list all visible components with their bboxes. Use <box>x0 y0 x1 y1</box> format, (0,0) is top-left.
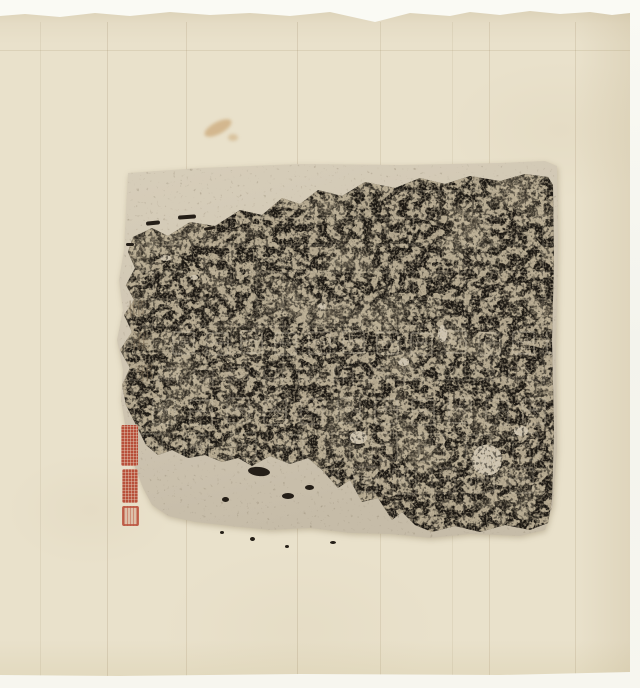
rubbing-glyph: 邑 <box>308 331 331 355</box>
torn-hole <box>160 255 171 261</box>
rubbing-glyph: 知 <box>509 467 534 494</box>
torn-hole <box>438 325 447 342</box>
fold-crease <box>40 22 41 686</box>
rubbing-glyph: 子 <box>438 366 459 387</box>
ink-speck <box>285 545 289 548</box>
paper-stain <box>228 134 238 141</box>
rubbing-glyph: 未 <box>411 399 435 426</box>
ink-speck <box>282 493 294 499</box>
stone-rubbing-fragment: 邑邑邑邑邑邑邑邑邑邑邑邑子子子子子子子子子子子子未木未木未木木未木朱未迊朱聰頴寫… <box>100 155 565 560</box>
rubbing-glyph-row: 未木未木未木木未木朱未迊 <box>152 398 596 425</box>
collector-seal <box>122 506 139 526</box>
rubbing-glyph: 邑 <box>240 330 263 354</box>
rubbing-glyph: 邑 <box>342 330 365 354</box>
rubbing-glyph: 子 <box>403 368 424 389</box>
rubbing-glyph: 邑 <box>206 332 229 356</box>
torn-hole <box>318 303 326 310</box>
ink-speck <box>305 485 314 490</box>
rubbing-glyph: 方 <box>512 432 540 461</box>
rubbing-glyph: 寫 <box>277 434 304 463</box>
fold-crease <box>575 22 576 686</box>
collector-seal <box>122 469 138 503</box>
rubbing-glyph-row: 子子子子子子子子子子子子 <box>158 367 578 388</box>
rubbing-glyph: 子 <box>228 366 249 387</box>
torn-hole <box>190 275 198 280</box>
rubbing-glyph: 子 <box>263 368 284 389</box>
rubbing-glyph: 木 <box>374 398 398 425</box>
torn-hole <box>514 426 528 436</box>
rubbing-glyph: 木 <box>448 397 472 424</box>
rubbing-glyph: 木 <box>189 399 213 426</box>
rubbing-glyph: 邑 <box>172 331 195 355</box>
rubbing-glyph: 邑 <box>512 331 535 355</box>
rubbing-edge-glyph: 邶 <box>125 295 145 323</box>
rubbing-glyph: 頴 <box>230 432 258 461</box>
rubbing-glyph: 子 <box>333 366 354 387</box>
rubbing-glyph: 朱 <box>485 399 509 426</box>
rubbing-edge-glyph: 邪 <box>135 359 155 387</box>
rubbing-glyph: 那 <box>353 466 378 493</box>
rubbing-glyph: 未 <box>226 397 250 424</box>
torn-hole <box>350 431 367 444</box>
ink-speck <box>126 243 134 246</box>
rubbing-glyph: 頴 <box>418 433 445 462</box>
rubbing-glyph: 袒 <box>392 468 417 495</box>
rubbing-glyph: 邑 <box>478 332 501 356</box>
rubbing-glyph: 邑 <box>376 331 399 355</box>
rubbing-glyph: 未 <box>300 398 324 425</box>
rubbing-glyph: 木 <box>337 397 361 424</box>
ink-speck <box>220 531 224 534</box>
rubbing-glyph: 未 <box>522 398 546 425</box>
rubbing-glyph: 邑 <box>410 332 433 356</box>
rubbing-glyph: 子 <box>298 367 319 388</box>
rubbing-edge-glyph: 淮 <box>131 327 151 355</box>
rubbing-glyph: 高 <box>371 432 399 461</box>
rubbing-glyph: 邑 <box>444 330 467 354</box>
ink-speck <box>250 537 255 541</box>
ink-speck <box>330 541 336 544</box>
horizontal-crease <box>0 50 630 51</box>
rubbing-glyph: 子 <box>508 367 529 388</box>
rubbing-glyph: 烏 <box>324 433 351 462</box>
edge-fragments: 邶淮邪 <box>122 295 166 405</box>
rubbing-glyph-row: 邑邑邑邑邑邑邑邑邑邑邑邑 <box>172 331 580 355</box>
rubbing-glyph: 子 <box>368 367 389 388</box>
rubbing-glyph: 邑 <box>274 332 297 356</box>
torn-hole <box>398 358 409 366</box>
ink-speck <box>222 497 229 502</box>
rubbing-glyph: 子 <box>193 368 214 389</box>
seal-column <box>121 425 139 526</box>
rubbing-glyph: 木 <box>263 399 287 426</box>
collector-seal <box>121 425 138 466</box>
rubbing-glyph: 苟 <box>431 467 456 494</box>
rubbing-glyph: 子 <box>473 368 494 389</box>
